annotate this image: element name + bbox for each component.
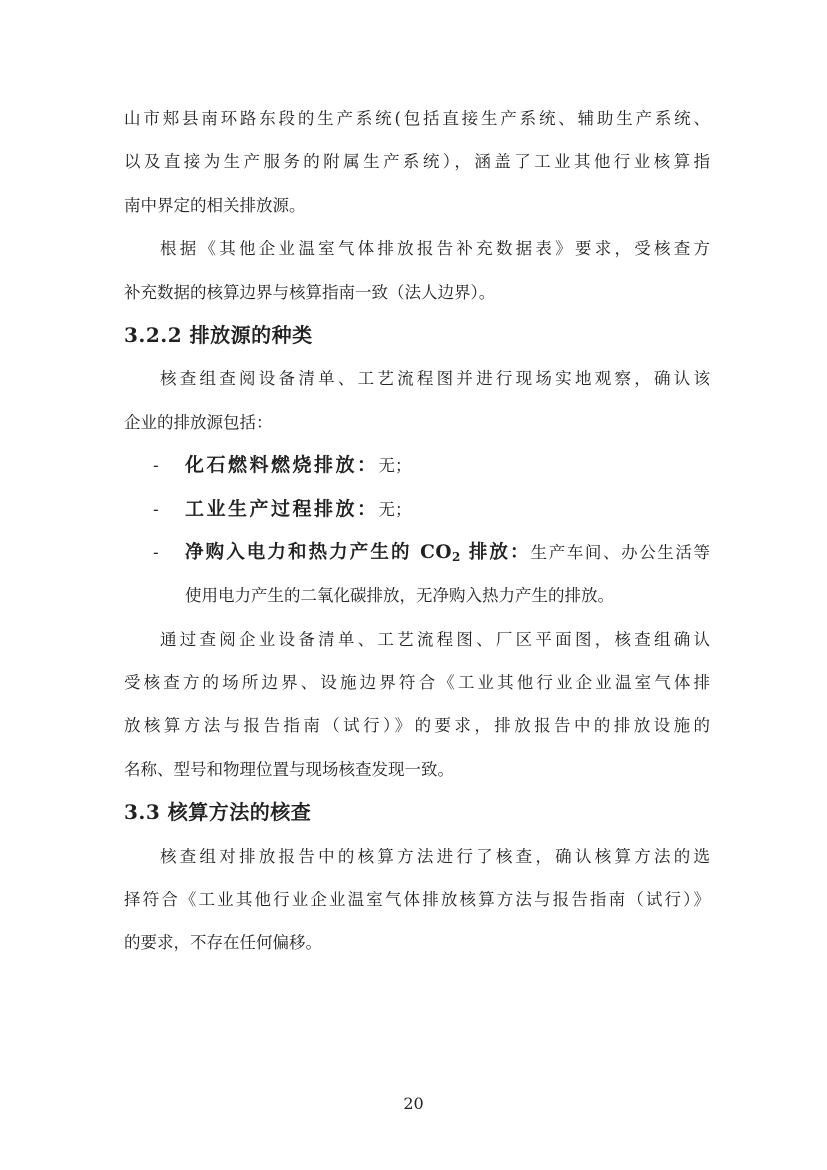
paragraph-emission-sources-intro: 核查组查阅设备清单、工艺流程图并进行现场实地观察，确认该 企业的排放源包括：: [124, 357, 710, 444]
page-number: 20: [0, 1093, 827, 1115]
paragraph-line: 核查组查阅设备清单、工艺流程图并进行现场实地观察，确认该: [124, 357, 710, 400]
paragraph-line: 补充数据的核算边界与核算指南一致（法人边界）。: [124, 271, 710, 314]
bullet-dash: -: [153, 531, 159, 574]
bullet-dash: -: [153, 444, 159, 487]
bullet-label-pre: 净购入电力和热力产生的 CO: [185, 542, 452, 563]
bullet-value: 无；: [379, 500, 412, 519]
bullet-label-post: 排放：: [460, 542, 530, 563]
bullet-dash: -: [153, 488, 159, 531]
page-body: 山市郏县南环路东段的生产系统(包括直接生产系统、辅助生产系统、 以及直接为生产服…: [124, 97, 710, 965]
section-heading-33: 3.3 核算方法的核查: [124, 791, 710, 834]
paragraph-boundary-continuation: 山市郏县南环路东段的生产系统(包括直接生产系统、辅助生产系统、 以及直接为生产服…: [124, 97, 710, 227]
paragraph-line: 名称、型号和物理位置与现场核查发现一致。: [124, 748, 710, 791]
bullet-label: 工业生产过程排放：: [185, 498, 379, 520]
paragraph-boundary-confirmation: 通过查阅企业设备清单、工艺流程图、厂区平面图，核查组确认 受核查方的场所边界、设…: [124, 618, 710, 792]
paragraph-line: 受核查方的场所边界、设施边界符合《工业其他行业企业温室气体排: [124, 661, 710, 704]
paragraph-supplementary-data: 根据《其他企业温室气体排放报告补充数据表》要求，受核查方 补充数据的核算边界与核…: [124, 227, 710, 314]
bullet-item-purchased-electricity: - 净购入电力和热力产生的 CO2 排放：生产车间、办公生活等: [124, 531, 710, 574]
paragraph-line: 以及直接为生产服务的附属生产系统），涵盖了工业其他行业核算指: [124, 140, 710, 183]
bullet-item-fossil-fuel: - 化石燃料燃烧排放：无；: [124, 444, 710, 487]
paragraph-line: 择符合《工业其他行业企业温室气体排放核算方法与报告指南（试行）》: [124, 878, 710, 921]
paragraph-line: 放核算方法与报告指南（试行）》的要求，排放报告中的排放设施的: [124, 704, 710, 747]
paragraph-line: 核查组对排放报告中的核算方法进行了核查，确认核算方法的选: [124, 835, 710, 878]
section-heading-322: 3.2.2 排放源的种类: [124, 314, 710, 357]
paragraph-method-verification: 核查组对排放报告中的核算方法进行了核查，确认核算方法的选 择符合《工业其他行业企…: [124, 835, 710, 965]
bullet-value: 生产车间、办公生活等: [531, 543, 710, 562]
bullet-label: 化石燃料燃烧排放：: [185, 454, 379, 476]
paragraph-line: 通过查阅企业设备清单、工艺流程图、厂区平面图，核查组确认: [124, 618, 710, 661]
paragraph-line: 南中界定的相关排放源。: [124, 184, 710, 227]
paragraph-line: 山市郏县南环路东段的生产系统(包括直接生产系统、辅助生产系统、: [124, 97, 710, 140]
paragraph-line: 根据《其他企业温室气体排放报告补充数据表》要求，受核查方: [124, 227, 710, 270]
paragraph-line: 企业的排放源包括：: [124, 401, 710, 444]
bullet-value-continued: 使用电力产生的二氧化碳排放，无净购入热力产生的排放。: [185, 586, 614, 605]
document-page: { "page": { "number": "20", "background"…: [0, 0, 827, 1170]
bullet-value: 无；: [379, 456, 412, 475]
bullet-continuation-line: 使用电力产生的二氧化碳排放，无净购入热力产生的排放。: [124, 574, 710, 617]
paragraph-line: 的要求，不存在任何偏移。: [124, 921, 710, 964]
bullet-list-emission-sources: - 化石燃料燃烧排放：无； - 工业生产过程排放：无； - 净购入电力和热力产生…: [124, 444, 710, 618]
bullet-label: 净购入电力和热力产生的 CO2 排放：: [185, 542, 531, 563]
bullet-item-industrial-process: - 工业生产过程排放：无；: [124, 488, 710, 531]
